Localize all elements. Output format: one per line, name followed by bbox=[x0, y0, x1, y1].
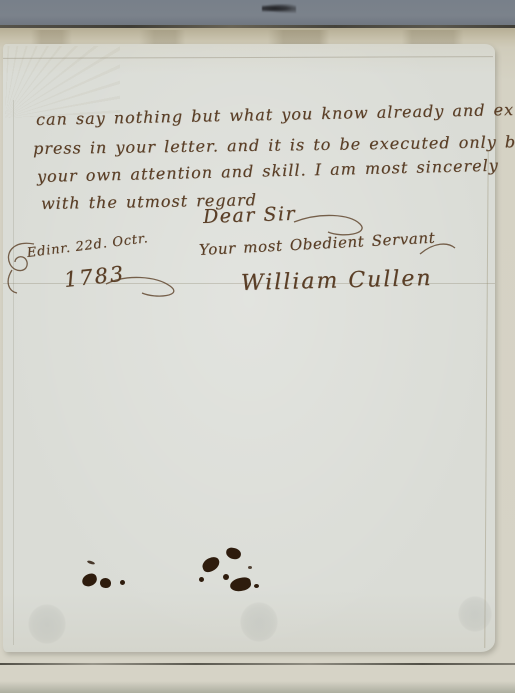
signature: William Cullen bbox=[241, 266, 433, 296]
ink-blot bbox=[199, 577, 204, 582]
bottom-page-edge bbox=[0, 663, 515, 665]
ink-blot bbox=[248, 566, 252, 569]
spine-mark bbox=[262, 4, 296, 13]
pen-flourish-year bbox=[104, 272, 182, 304]
ink-blot bbox=[223, 574, 229, 580]
ink-blot bbox=[120, 580, 125, 585]
fold-crease-left bbox=[13, 100, 14, 645]
scan-background-band bbox=[0, 0, 515, 26]
ink-blot bbox=[254, 584, 259, 588]
bottom-shadow bbox=[0, 681, 515, 693]
salutation: Dear Sir bbox=[203, 203, 297, 228]
seal-stain bbox=[240, 602, 278, 642]
seal-stain bbox=[28, 604, 66, 644]
ink-blot bbox=[100, 578, 111, 588]
seal-stain bbox=[458, 596, 492, 632]
pen-flourish-valediction bbox=[418, 238, 460, 262]
page-edge-streaks bbox=[0, 30, 515, 44]
letter-scan-page: can say nothing but what you know alread… bbox=[0, 0, 515, 693]
pen-flourish-initial bbox=[2, 240, 38, 298]
